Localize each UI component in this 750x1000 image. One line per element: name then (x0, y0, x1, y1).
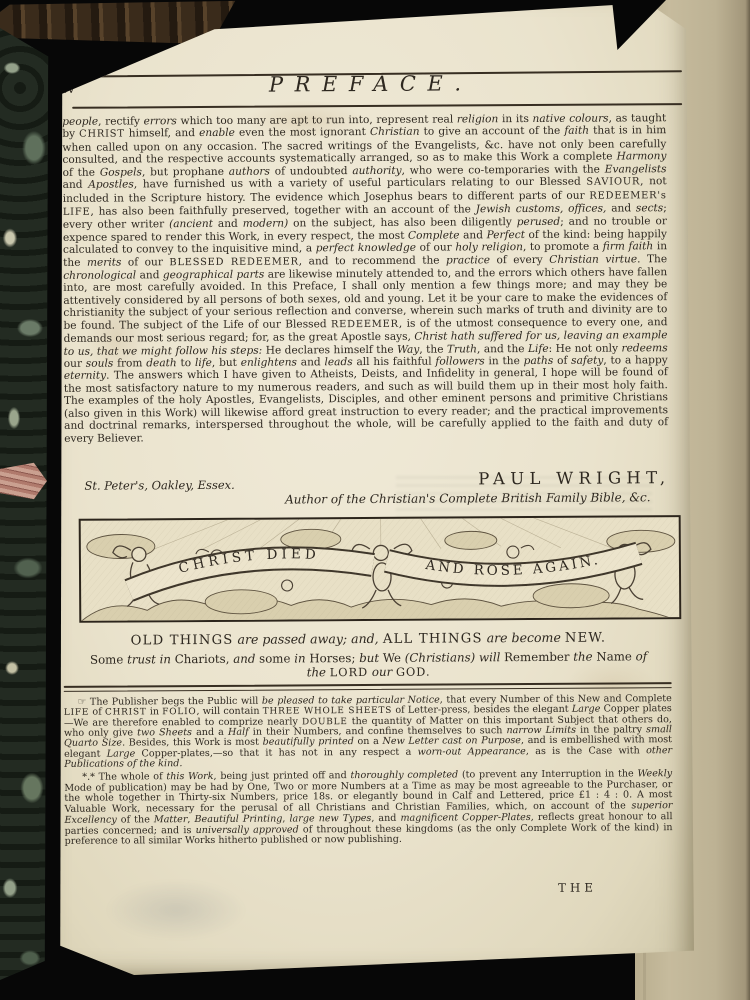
author-name: PAUL WRIGHT, (64, 468, 670, 491)
cherub-engraving: CHRIST DIED AND ROSE AGAIN. (79, 515, 682, 623)
body-paragraph: people, rectify errors which too many ar… (62, 112, 668, 445)
marbled-board-edge (0, 28, 56, 980)
motto-line: OLD THINGS are passed away; and, ALL THI… (65, 629, 671, 649)
page-content: iv PREFACE. people, rectify errors which… (46, 0, 700, 978)
engraving-hatch-texture (81, 517, 680, 621)
author-title: Author of the Christian's Complete Briti… (65, 490, 651, 508)
cherub-engraving-svg: CHRIST DIED AND ROSE AGAIN. (81, 517, 680, 621)
catchword: THE (67, 881, 597, 898)
scripture-line-2: the LORD our GOD. (66, 663, 672, 681)
publisher-note: ☞ The Publisher begs the Public will be … (64, 694, 672, 770)
divider-rule-bottom (64, 687, 672, 692)
book-page: iv PREFACE. people, rectify errors which… (46, 0, 694, 976)
availability-note: *.* The whole of this Work, being just p… (64, 769, 672, 848)
book-photo: iv PREFACE. people, rectify errors which… (0, 0, 750, 1000)
page-title: PREFACE. (62, 70, 668, 98)
header-rule-bottom (72, 103, 682, 109)
